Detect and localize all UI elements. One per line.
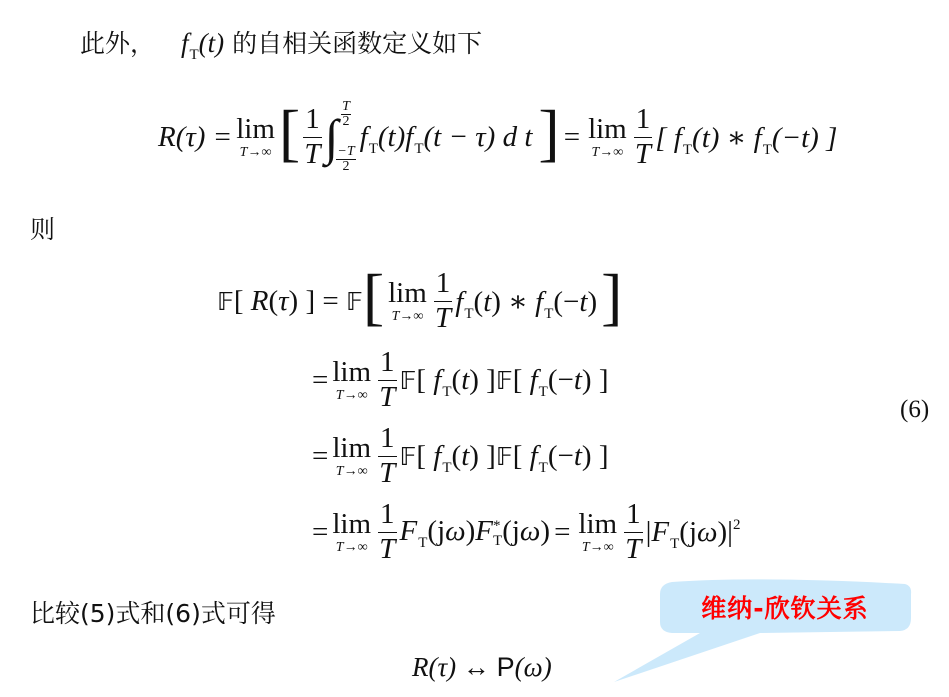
- eq6-line4-body: FT(jω)F*T(jω): [400, 515, 551, 548]
- intro-suffix: 的自相关函数定义如下: [232, 29, 482, 58]
- limit-operator: limT→∞: [332, 358, 371, 403]
- fraction-one-over-T: 1T: [378, 348, 397, 412]
- equals-sign: =: [564, 121, 580, 154]
- relation-lhs: R(τ): [412, 652, 456, 682]
- limit-operator-rhs: limT→∞: [588, 115, 627, 160]
- relation-arrow: ↔: [463, 652, 490, 682]
- eq6-line-2: = limT→∞ 1T 𝔽[ fT(t) ]𝔽[ fT(−t) ]: [312, 347, 609, 413]
- right-bracket: ]: [601, 265, 622, 329]
- limit-operator: limT→∞: [388, 279, 427, 324]
- left-bracket: [: [363, 265, 384, 329]
- eq6-line1-body: fT(t) ∗ fT(−t): [455, 284, 597, 319]
- fraction-one-over-T: 1T: [378, 500, 397, 564]
- compare-text: 比较(5)式和(6)式可得: [30, 594, 276, 630]
- intro-prefix: 此外，: [80, 29, 155, 58]
- fraction-one-over-T: 1T: [434, 269, 453, 333]
- limit-operator: limT→∞: [332, 434, 371, 479]
- eq6-line-4: = limT→∞ 1T FT(jω)F*T(jω) = limT→∞ 1T |F…: [312, 499, 740, 565]
- integrand: fT(t)fT(t − τ) d t: [360, 121, 533, 154]
- fraction-one-over-T-rhs: 1T: [634, 105, 653, 169]
- eq6-line4-rhs: |FT(jω)|2: [646, 516, 741, 549]
- limit-operator: limT→∞: [236, 115, 275, 160]
- equation-number: (6): [900, 396, 929, 424]
- integral-sign: ∫ T2 −T2: [325, 100, 360, 174]
- fraction-one-over-T-rhs: 1T: [624, 500, 643, 564]
- autocorr-lhs: R(τ) =: [158, 121, 232, 154]
- eq6-line-3: = limT→∞ 1T 𝔽[ fT(t) ]𝔽[ fT(−t) ]: [312, 423, 609, 489]
- right-bracket: ]: [538, 101, 559, 165]
- fourier-operator: 𝔽: [217, 287, 234, 316]
- wiener-khinchin-relation: R(τ) ↔ P(ω): [412, 652, 552, 683]
- autocorrelation-equation: R(τ) = limT→∞ [ 1T ∫ T2 −T2 fT(t)fT(t − …: [158, 95, 837, 179]
- fraction-one-over-T: 1T: [303, 105, 322, 169]
- eq6-line-1: 𝔽[ R(τ) ] = 𝔽 [ limT→∞ 1T fT(t) ∗ fT(−t)…: [217, 266, 622, 336]
- callout-text: 维纳-欣钦关系: [660, 582, 910, 632]
- limit-operator: limT→∞: [332, 510, 371, 555]
- fraction-one-over-T: 1T: [378, 424, 397, 488]
- relation-rhs-arg: (ω): [515, 652, 552, 682]
- left-bracket: [: [279, 101, 300, 165]
- eq6-line2-body: 𝔽[ fT(t) ]𝔽[ fT(−t) ]: [400, 364, 609, 397]
- convolution-term: [ fT(t) ∗ fT(−t) ]: [655, 120, 837, 155]
- intro-line: 此外， fT(t) 的自相关函数定义如下: [80, 24, 482, 60]
- eq6-line3-body: 𝔽[ fT(t) ]𝔽[ fT(−t) ]: [400, 440, 609, 473]
- intro-function: fT(t): [181, 28, 224, 58]
- relation-rhs-P: P: [497, 652, 515, 682]
- limit-operator-rhs: limT→∞: [578, 510, 617, 555]
- then-label: 则: [30, 210, 55, 246]
